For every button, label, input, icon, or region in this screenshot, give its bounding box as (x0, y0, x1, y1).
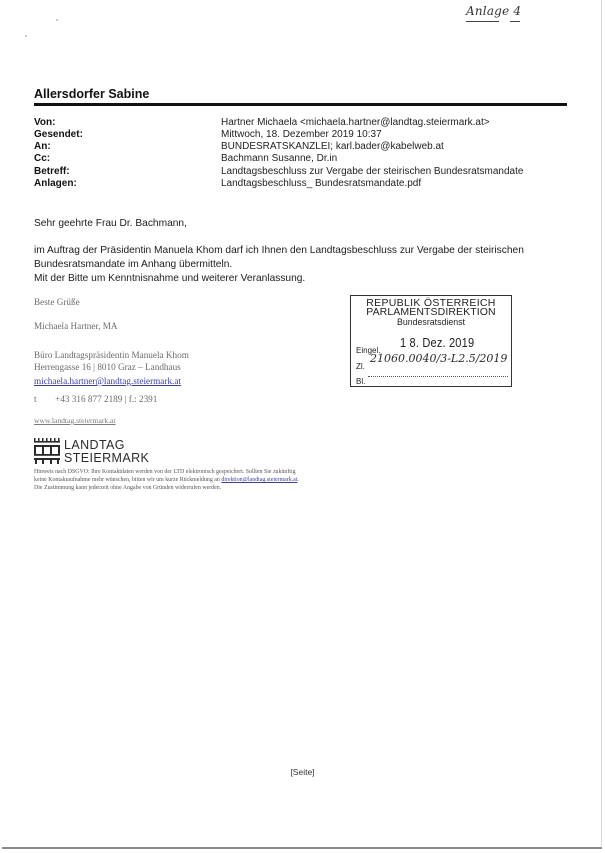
signature-address: Herrengasse 16 | 8010 Graz – Landhaus (34, 362, 181, 372)
header-label: Von: (34, 117, 55, 129)
logo-text-line1: LANDTAG (64, 438, 125, 452)
landtag-building-icon (34, 438, 60, 464)
scan-speck (56, 19, 58, 21)
signature-name: Michaela Hartner, MA (34, 321, 118, 331)
header-label: Cc: (34, 153, 50, 165)
body-line: im Auftrag der Präsidentin Manuela Khom … (34, 244, 524, 258)
header-value-attachments: Landtagsbeschluss_ Bundesratsmandate.pdf (221, 178, 421, 190)
notice-line: keine Kontaktaufnahme mehr wünschen, bit… (34, 476, 299, 484)
gdpr-notice: Hinweis nach DSGVO: Ihre Kontaktdaten we… (34, 468, 299, 492)
header-value-sent: Mittwoch, 18. Dezember 2019 10:37 (221, 129, 382, 141)
header-label: An: (34, 141, 51, 153)
stamp-attachment-label: Bl. (356, 377, 365, 386)
signature-phone: t +43 316 877 2189 | f.: 2391 (34, 394, 157, 404)
header-value-from: Hartner Michaela <michaela.hartner@landt… (221, 117, 490, 129)
notice-line: Die Zustimmung kann jederzeit ohne Angab… (34, 484, 299, 492)
stamp-file-number: 21060.0040/3-L2.5/2019 (370, 352, 507, 365)
page-footer: [Seite] (0, 767, 605, 777)
annotation-underline (466, 21, 499, 22)
phone-label: t (34, 394, 37, 404)
header-label: Anlagen: (34, 178, 77, 190)
notice-line: Hinweis nach DSGVO: Ihre Kontaktdaten we… (34, 468, 299, 476)
signature-email-link[interactable]: michaela.hartner@landtag.steiermark.at (34, 376, 181, 386)
salutation: Sehr geehrte Frau Dr. Bachmann, (34, 217, 187, 231)
stamp-dotted-line (368, 376, 508, 377)
heading-rule (34, 103, 567, 106)
signature-website-link[interactable]: www.landtag.steiermark.at (34, 416, 116, 425)
page-edge (601, 0, 602, 845)
phone-number: +43 316 877 2189 | f.: 2391 (55, 394, 157, 404)
stamp-received-date: 1 8. Dez. 2019 (400, 335, 474, 350)
stamp-department: Bundesratsdienst (351, 317, 511, 327)
scan-speck (25, 35, 27, 37)
logo-text-line2: STEIERMARK (64, 451, 149, 465)
stamp-subtitle: PARLAMENTSDIREKTION (351, 307, 511, 317)
header-value-subject: Landtagsbeschluss zur Vergabe der steiri… (221, 166, 523, 178)
annotation-underline (510, 21, 520, 22)
notice-email-link[interactable]: direktion@landtag.steiermark.at (221, 477, 297, 483)
stamp-file-label: Zl. (356, 362, 365, 371)
receipt-stamp: REPUBLIK ÖSTERREICH PARLAMENTSDIREKTION … (350, 295, 512, 387)
header-value-to: BUNDESRATSKANZLEI; karl.bader@kabelweb.a… (221, 141, 444, 153)
header-label: Gesendet: (34, 129, 83, 141)
stamp-attachment-row: Bl. (356, 371, 365, 389)
notice-text: . (297, 477, 298, 483)
page-bottom-edge (2, 847, 602, 849)
annotation-text: Anlage 4 (466, 4, 521, 18)
body-line: Bundesratsmandate im Anhang übermitteln. (34, 258, 232, 272)
header-value-cc: Bachmann Susanne, Dr.in (221, 153, 337, 165)
sender-heading: Allersdorfer Sabine (34, 87, 149, 101)
landtag-logo: LANDTAG STEIERMARK (34, 437, 164, 467)
handwritten-annotation: Anlage 4 (466, 4, 521, 18)
body-line: Mit der Bitte um Kenntnisnahme und weite… (34, 272, 305, 286)
header-label: Betreff: (34, 166, 70, 178)
notice-text: keine Kontaktaufnahme mehr wünschen, bit… (34, 477, 221, 483)
signature-office: Büro Landtagspräsidentin Manuela Khom (34, 350, 189, 360)
signature-closing: Beste Grüße (34, 297, 80, 307)
